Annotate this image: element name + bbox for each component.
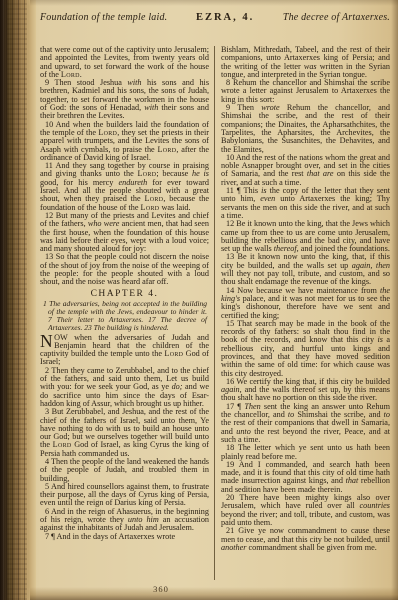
verse-text: 12 Be it known unto the king, that the J… bbox=[221, 220, 390, 253]
italicized-word: the king's bbox=[221, 286, 390, 303]
verse-text: 9 Then stood Jeshua with his sons and hi… bbox=[40, 79, 209, 120]
italicized-word: again, then bbox=[352, 261, 390, 270]
facing-page-smudge bbox=[7, 0, 27, 600]
verse-text: 19 And I commanded, and search hath been… bbox=[221, 461, 390, 494]
italicized-word: with bbox=[144, 103, 158, 112]
italicized-word: unto him bbox=[128, 515, 159, 524]
book-binding-edge bbox=[0, 0, 36, 600]
verse-text: NOW when the adversaries of Judah and Be… bbox=[40, 334, 209, 367]
book-page-scan: Foundation of the temple laid. EZRA, 4. … bbox=[0, 0, 398, 600]
verse-text: 7 ¶ And in the days of Artaxerxes wrote bbox=[40, 533, 209, 541]
verse-text: 21 Give ye now commandment to cause thes… bbox=[221, 527, 390, 552]
italicized-word: he is bbox=[192, 169, 209, 178]
italicized-word: to bbox=[288, 410, 294, 419]
small-caps-lord: Lord bbox=[53, 440, 72, 449]
verse-text: 13 Be it known now unto the king, that, … bbox=[221, 253, 390, 286]
italicized-word: wrote bbox=[261, 103, 279, 112]
chapter-summary: 1 The adversaries, being not accepted in… bbox=[48, 300, 207, 332]
verse-text: Bishlam, Mithredath, Tabeel, and the res… bbox=[221, 46, 390, 79]
italicized-word: is bbox=[377, 335, 382, 344]
italicized-word: even bbox=[260, 194, 275, 203]
italicized-word: Then bbox=[244, 402, 260, 411]
verse-text: 6 And in the reign of Ahasuerus, in the … bbox=[40, 508, 209, 533]
verse-text: 11 And they sang together by course in p… bbox=[40, 162, 209, 212]
verse-text: 9 Then wrote Rehum the chancellor, and S… bbox=[221, 104, 390, 154]
small-caps-lord: Lord bbox=[164, 349, 183, 358]
verse-text: 12 But many of the priests and Levites a… bbox=[40, 212, 209, 253]
page-top-edge-shadow bbox=[30, 0, 398, 6]
italicized-word: unto bbox=[236, 427, 251, 436]
verse-text: 10 And when the builders laid the founda… bbox=[40, 121, 209, 162]
drop-cap-letter: N bbox=[40, 334, 54, 350]
verse-text: 13 So that the people could not discern … bbox=[40, 253, 209, 286]
right-column: Bishlam, Mithredath, Tabeel, and the res… bbox=[214, 46, 390, 580]
verse-text: that were come out of the captivity unto… bbox=[40, 46, 209, 79]
italicized-word: endureth bbox=[118, 178, 147, 187]
verse-text: 15 That search may be made in the book o… bbox=[221, 320, 390, 378]
italicized-word: do; bbox=[172, 382, 183, 391]
left-column: that were come out of the captivity unto… bbox=[40, 46, 214, 580]
italicized-word: countries bbox=[360, 501, 390, 510]
verse-text: 2 Then they came to Zerubbabel, and to t… bbox=[40, 367, 209, 408]
verse-text: 4 Then the people of the land weakened t… bbox=[40, 458, 209, 483]
verse-text: 18 The letter which ye sent unto us hath… bbox=[221, 444, 390, 461]
verse-text: 11 ¶ This is the copy of the letter that… bbox=[221, 187, 390, 220]
italicized-word: that are bbox=[307, 169, 334, 178]
running-head-right: The decree of Artaxerxes. bbox=[283, 12, 390, 23]
text-columns: that were come out of the captivity unto… bbox=[40, 46, 390, 580]
small-caps-lord: Lord bbox=[98, 128, 117, 137]
italicized-word: another bbox=[221, 543, 246, 552]
italicized-word: again, bbox=[221, 385, 242, 394]
running-header: Foundation of the temple laid. EZRA, 4. … bbox=[40, 12, 390, 23]
italicized-word: to bbox=[384, 410, 390, 419]
italicized-word: with bbox=[127, 78, 141, 87]
verse-text: 16 We certify the king that, if this cit… bbox=[221, 378, 390, 403]
italicized-word: was bbox=[304, 62, 317, 71]
verse-text: 3 But Zerubbabel, and Jeshua, and the re… bbox=[40, 408, 209, 458]
verse-text: 8 Rehum the chancellor and Shimshai the … bbox=[221, 79, 390, 104]
page-right-edge-shadow bbox=[391, 0, 398, 600]
small-caps-lord: Lord bbox=[158, 145, 177, 154]
verse-text: 17 ¶ Then sent the king an answer unto R… bbox=[221, 403, 390, 444]
italicized-word: who were bbox=[88, 219, 120, 228]
italicized-word: that bbox=[346, 476, 359, 485]
book-chapter-title: EZRA, 4. bbox=[196, 12, 254, 23]
page-bottom-edge-shadow bbox=[30, 587, 398, 600]
verse-text: 5 And hired counsellors against them, to… bbox=[40, 483, 209, 508]
chapter-heading: CHAPTER 4. bbox=[40, 290, 209, 298]
verse-text: 14 Now because we have maintenance from … bbox=[221, 287, 390, 320]
verse-text: 20 There have been mighty kings also ove… bbox=[221, 494, 390, 527]
verse-text: 10 And the rest of the nations whom the … bbox=[221, 154, 390, 187]
bible-page: Foundation of the temple laid. EZRA, 4. … bbox=[36, 0, 398, 600]
running-head-left: Foundation of the temple laid. bbox=[40, 12, 167, 23]
